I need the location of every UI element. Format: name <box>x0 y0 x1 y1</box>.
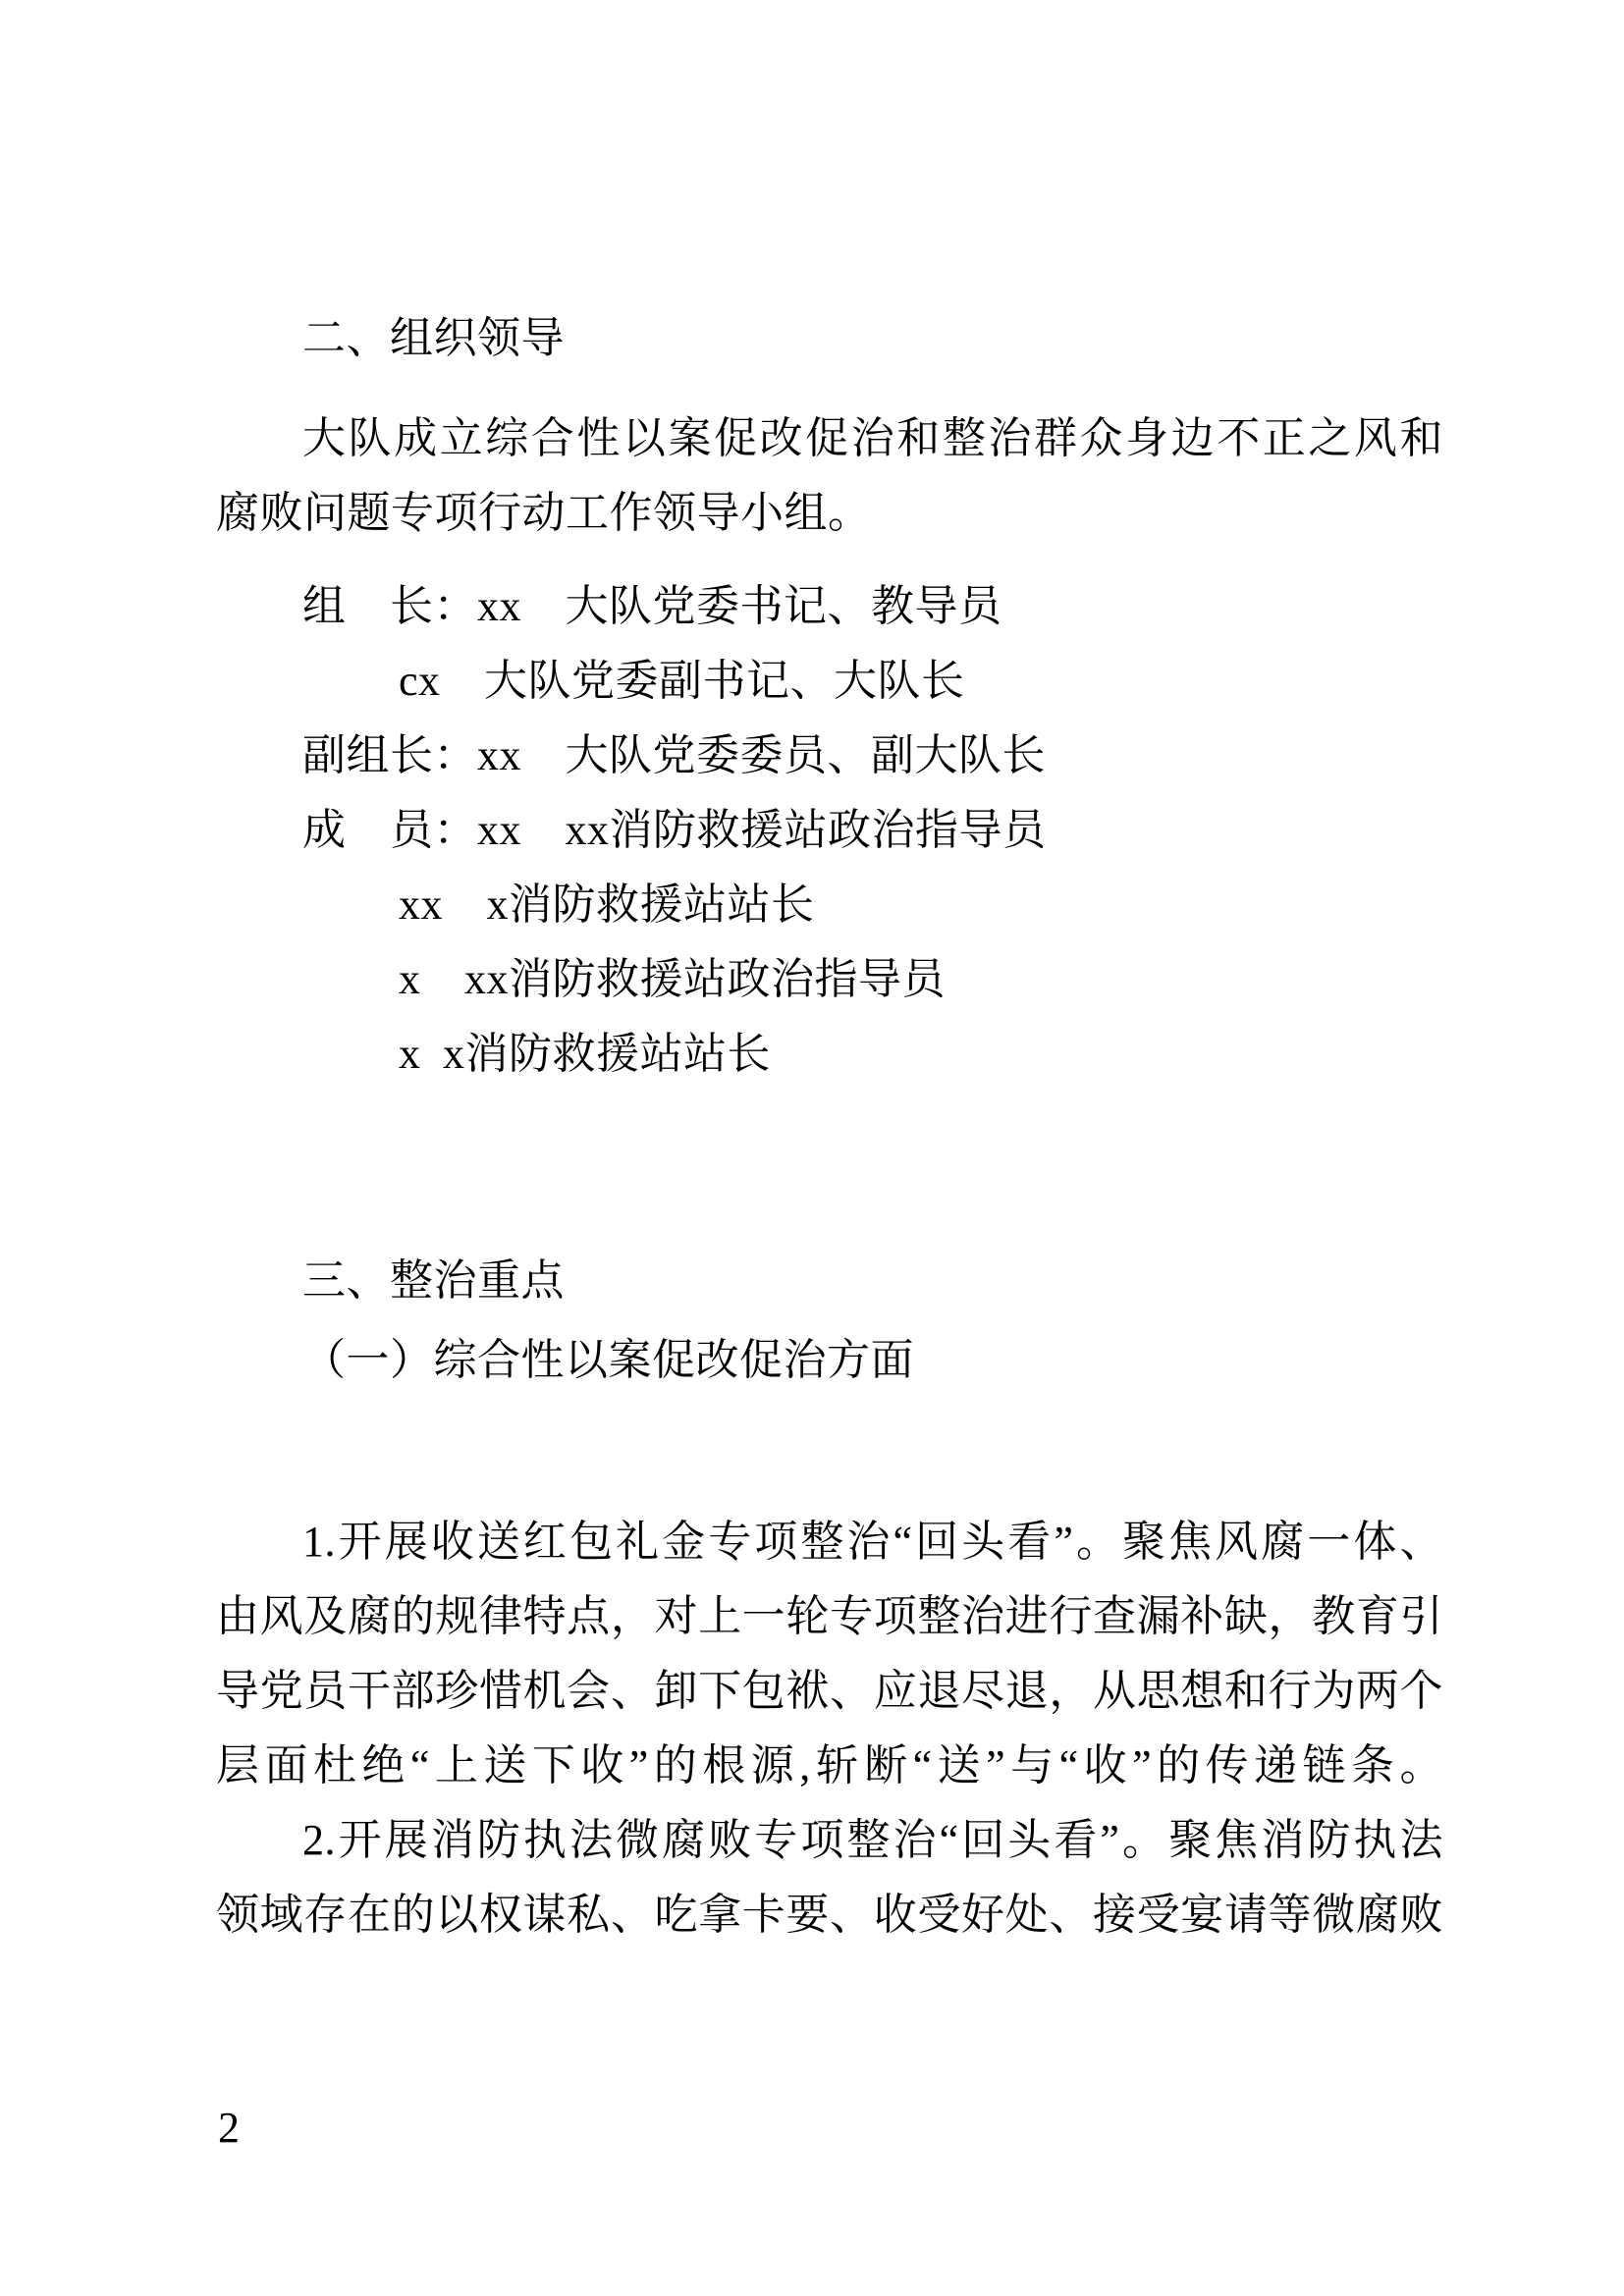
heading-section-two: 二、组织领导 <box>216 301 1443 376</box>
page-number: 2 <box>218 2103 240 2154</box>
body-line: 2.开展消防执法微腐败专项整治“回头看”。聚焦消防执法 <box>216 1803 1443 1878</box>
member-line: xx x消防救援站站长 <box>216 868 1443 942</box>
body-line: 大队成立综合性以案促改促治和整治群众身边不正之风和 <box>216 401 1443 476</box>
document-body: 二、组织领导大队成立综合性以案促改促治和整治群众身边不正之风和腐败问题专项行动工… <box>216 301 1443 1952</box>
leader-line-deputy-name: cx 大队党委副书记、大队长 <box>216 644 1443 719</box>
member-line: 成 员：xx xx消防救援站政治指导员 <box>216 793 1443 868</box>
member-line: x x消防救援站站长 <box>216 1017 1443 1092</box>
body-line: 领域存在的以权谋私、吃拿卡要、收受好处、接受宴请等微腐败 <box>216 1878 1443 1952</box>
leader-line-vice-chief: 副组长：xx 大队党委委员、副大队长 <box>216 719 1443 793</box>
heading-section-three: 三、整治重点 <box>216 1244 1443 1318</box>
leader-line-group-chief: 组 长：xx 大队党委书记、教导员 <box>216 569 1443 644</box>
body-line: 由风及腐的规律特点，对上一轮专项整治进行查漏补缺，教育引 <box>216 1579 1443 1654</box>
document-page: 二、组织领导大队成立综合性以案促改促治和整治群众身边不正之风和腐败问题专项行动工… <box>0 0 1624 2296</box>
member-line: x xx消防救援站政治指导员 <box>216 942 1443 1017</box>
heading-subsection-one: （一）综合性以案促改促治方面 <box>216 1323 1443 1398</box>
body-line: 层面杜绝“上送下收”的根源,斩断“送”与“收”的传递链条。 <box>216 1729 1443 1803</box>
body-line: 导党员干部珍惜机会、卸下包袱、应退尽退，从思想和行为两个 <box>216 1654 1443 1729</box>
body-line: 1.开展收送红包礼金专项整治“回头看”。聚焦风腐一体、 <box>216 1505 1443 1579</box>
body-line: 腐败问题专项行动工作领导小组。 <box>216 476 1443 551</box>
